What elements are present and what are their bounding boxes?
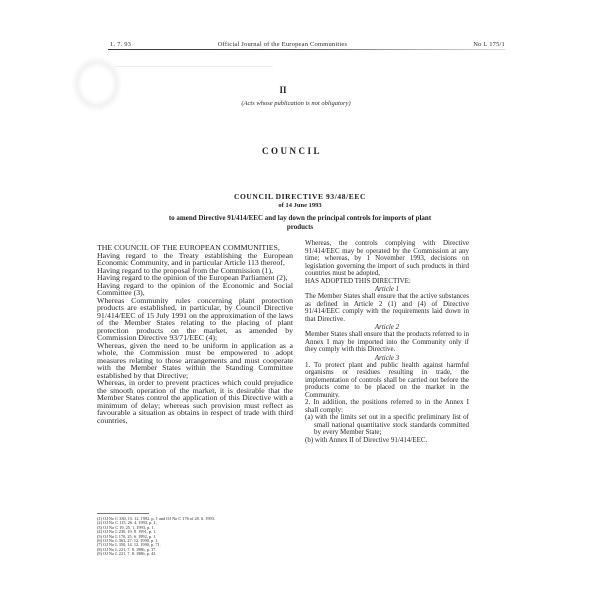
whereas-paragraph: Whereas, in order to prevent practices w… <box>97 379 293 424</box>
directive-title-line1: COUNCIL DIRECTIVE 93/48/EEC <box>0 192 600 201</box>
scan-ghost-line <box>115 66 273 67</box>
section-marker: II <box>268 85 298 95</box>
recital: Having regard to the opinion of the Econ… <box>97 282 293 297</box>
scan-smudge-artifact <box>68 52 126 116</box>
article-2-text: Member States shall ensure that the prod… <box>305 331 469 354</box>
whereas-paragraph: Whereas, the controls complying with Dir… <box>305 240 469 278</box>
article-3-item-a: (a) with the limits set out in a specifi… <box>305 414 469 437</box>
institution-heading: COUNCIL <box>192 146 392 156</box>
footnote: (9) OJ No L 221, 7. 8. 1986, p. 43. <box>97 552 267 556</box>
article-1-text: The Member States shall ensure that the … <box>305 293 469 323</box>
adoption-formula: HAS ADOPTED THIS DIRECTIVE: <box>305 278 469 286</box>
header-issue-page: No L 175/1 <box>420 41 505 48</box>
directive-title-line4: products <box>0 223 600 231</box>
section-note: (Acts whose publication is not obligator… <box>146 100 446 107</box>
directive-title-date: of 14 June 1993 <box>0 202 600 209</box>
article-3-item-b: (b) with Annex II of Directive 91/414/EE… <box>305 437 469 445</box>
footnote-block: (1) OJ No C 330, 15. 12. 1992, p. 1 and … <box>97 517 267 557</box>
article-3-paragraph-1: 1. To protect plant and public health ag… <box>305 362 469 400</box>
header-journal-title: Official Journal of the European Communi… <box>170 41 395 48</box>
left-column: THE COUNCIL OF THE EUROPEAN COMMUNITIES,… <box>97 244 293 424</box>
article-3-paragraph-2: 2. In addition, the positions referred t… <box>305 399 469 414</box>
whereas-paragraph: Whereas Community rules concerning plant… <box>97 297 293 342</box>
footnote-rule <box>97 513 149 514</box>
header-rule <box>108 49 505 50</box>
document-page: 1. 7. 93 Official Journal of the Europea… <box>0 0 600 600</box>
right-column: Whereas, the controls complying with Dir… <box>305 240 469 444</box>
recital: Having regard to the Treaty establishing… <box>97 252 293 267</box>
directive-title-line3: to amend Directive 91/414/EEC and lay do… <box>0 214 600 222</box>
whereas-paragraph: Whereas, given the need to be uniform in… <box>97 342 293 380</box>
